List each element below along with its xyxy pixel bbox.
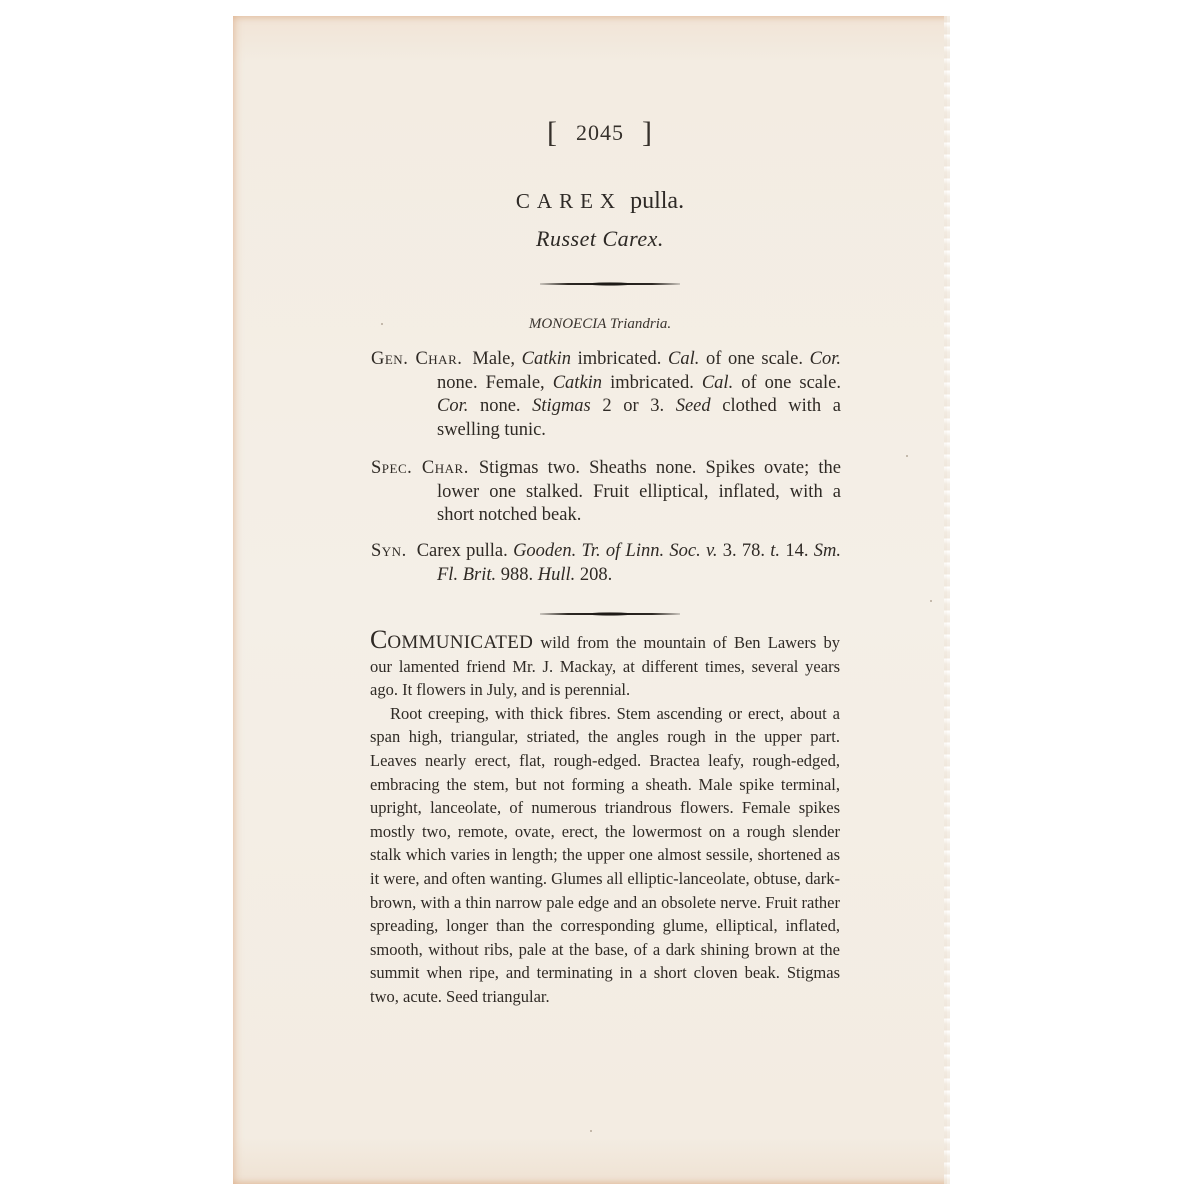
specific-character-label: Spec. Char. xyxy=(371,458,469,478)
description-body: COMMUNICATED wild from the mountain of B… xyxy=(370,628,840,1009)
text-run: none. xyxy=(468,396,532,416)
smallcaps-word: OMMUNICATED xyxy=(387,632,533,653)
italic-term: Cal. xyxy=(668,349,699,369)
italic-term: Stigmas xyxy=(532,396,591,416)
text-run: 2 or 3. xyxy=(591,396,676,416)
italic-term: Seed xyxy=(676,396,711,416)
italic-term: Hull. xyxy=(538,565,576,585)
specific-character-text: Stigmas two. Sheaths none. Spikes ovate;… xyxy=(437,458,841,525)
text-run: 208. xyxy=(575,565,612,585)
text-run: of one scale. xyxy=(733,373,841,393)
text-run: 988. xyxy=(496,565,538,585)
page-number-value: 2045 xyxy=(576,120,624,145)
description-paragraph-1: COMMUNICATED wild from the mountain of B… xyxy=(370,628,840,702)
text-run: imbricated. xyxy=(602,373,702,393)
text-run: of one scale. xyxy=(699,349,809,369)
common-name: Russet Carex. xyxy=(0,226,1200,252)
italic-term: Gooden. Tr. of Linn. Soc. v. xyxy=(513,541,717,561)
ornamental-rule xyxy=(540,613,680,615)
specific-character: Spec. Char.Stigmas two. Sheaths none. Sp… xyxy=(371,457,841,528)
ornamental-rule xyxy=(540,283,680,285)
text-run: Male, xyxy=(472,349,521,369)
species-epithet: pulla. xyxy=(630,188,684,214)
italic-term: Cor. xyxy=(810,349,841,369)
italic-term: t. xyxy=(770,541,780,561)
italic-term: Cal. xyxy=(702,373,733,393)
text-run: 3. 78. xyxy=(717,541,770,561)
text-run: Carex pulla. xyxy=(417,541,513,561)
text-run: 14. xyxy=(780,541,814,561)
italic-term: Catkin xyxy=(522,349,571,369)
synonymy: Syn.Carex pulla. Gooden. Tr. of Linn. So… xyxy=(371,540,841,587)
generic-character-label: Gen. Char. xyxy=(371,349,462,369)
synonymy-text: Carex pulla. Gooden. Tr. of Linn. Soc. v… xyxy=(417,541,841,585)
dropcap-letter: C xyxy=(370,625,387,654)
italic-term: Catkin xyxy=(553,373,602,393)
paper-speck xyxy=(906,455,908,457)
text-run: Stigmas two. Sheaths none. Spikes ovate;… xyxy=(437,458,841,525)
species-title: CAREXpulla. xyxy=(0,188,1200,215)
italic-term: Cor. xyxy=(437,396,468,416)
text-run: imbricated. xyxy=(571,349,668,369)
paper-speck xyxy=(590,1130,592,1132)
page-number: [2045] xyxy=(0,116,1200,150)
generic-character: Gen. Char.Male, Catkin imbricated. Cal. … xyxy=(371,348,841,442)
description-paragraph-2: Root creeping, with thick fibres. Stem a… xyxy=(370,702,840,1009)
paper-speck xyxy=(930,600,932,602)
genus-name: CAREX xyxy=(516,189,622,213)
text-run: none. Female, xyxy=(437,373,553,393)
page-number-bracket-close: ] xyxy=(642,116,653,149)
page-number-bracket-open: [ xyxy=(547,116,558,149)
synonymy-label: Syn. xyxy=(371,541,407,561)
generic-character-text: Male, Catkin imbricated. Cal. of one sca… xyxy=(437,349,841,440)
linnaean-classification: MONOECIA Triandria. xyxy=(0,316,1200,333)
